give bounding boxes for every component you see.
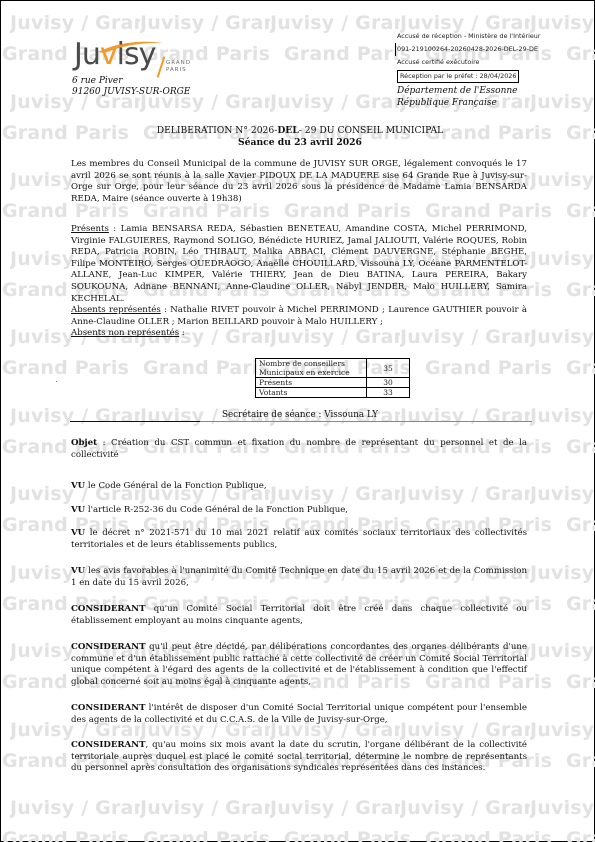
- stamp-executory: Accusé certifié exécutoire: [397, 56, 540, 69]
- stamp-act-id: 091-219100264-20260428-2026-DEL-29-DE: [395, 43, 540, 56]
- prefecture-stamp: Accusé de réception - Ministère de l'Int…: [397, 30, 540, 83]
- clause-paragraph: VU le décret n° 2021-571 du 10 mai 2021 …: [71, 528, 527, 551]
- intro-paragraph: Les membres du Conseil Municipal de la c…: [71, 159, 527, 205]
- non-represented-absents: Absents non représentés :: [71, 328, 527, 340]
- logo-tag-paris: PARIS: [166, 67, 191, 74]
- clause-text: le décret n° 2021-571 du 10 mai 2021 rel…: [71, 528, 527, 550]
- attendance-block: Présents : Lamia BENSARSA REDA, Sébastie…: [71, 224, 527, 340]
- title-line1: DELIBERATION N° 2026-DEL- 29 DU CONSEIL …: [60, 125, 540, 137]
- clause-lead: VU: [71, 505, 85, 515]
- clause-lead: CONSIDERANT: [71, 642, 145, 652]
- clause-text: l'article R-252-36 du Code Général de la…: [85, 505, 348, 515]
- count-label: Nombre de conseillers Municipaux en exer…: [256, 359, 367, 378]
- title-prefix: DELIBERATION N° 2026-: [157, 125, 278, 136]
- deliberation-title: DELIBERATION N° 2026-DEL- 29 DU CONSEIL …: [60, 125, 540, 149]
- clause-lead: VU: [71, 528, 85, 538]
- republic-name: République Française: [397, 97, 518, 109]
- logo-tag-grand: GRAND: [166, 60, 191, 67]
- document-content: Juvisy GRAND PARIS 6 rue Piver 91260 JUV…: [0, 0, 595, 842]
- separator-line: [70, 421, 532, 422]
- clause-paragraph: CONSIDERANT, qu'au moins six mois avant …: [71, 740, 527, 775]
- table-row: Votants33: [256, 388, 410, 398]
- represented-label: Absents représentés: [71, 305, 161, 315]
- not-represented-label: Absents non représentés: [71, 328, 179, 338]
- stamp-reception: Accusé de réception - Ministère de l'Int…: [397, 30, 540, 43]
- scan-speck: [56, 381, 57, 382]
- objet-paragraph: Objet : Création du CST commun et fixati…: [71, 438, 527, 461]
- not-represented-list: :: [179, 328, 185, 338]
- clause-text: le Code Général de la Fonction Publique,: [85, 481, 266, 491]
- clause-paragraph: CONSIDERANT qu'un Comité Social Territor…: [71, 604, 527, 627]
- count-value: 35: [367, 359, 410, 378]
- clause-paragraph: CONSIDERANT l'intérêt de disposer d'un C…: [71, 703, 527, 726]
- clause-lead: CONSIDERANT: [71, 740, 145, 750]
- address-city: 91260 JUVISY-SUR-ORGE: [72, 87, 190, 98]
- objet-label: Objet: [71, 438, 97, 448]
- clause-paragraph: CONSIDERANT qu'il peut être décidé, par …: [71, 642, 527, 688]
- title-del: DEL: [277, 125, 298, 136]
- clause-paragraph: VU les avis favorables à l'unanimité du …: [71, 566, 527, 589]
- clause-lead: VU: [71, 481, 85, 491]
- department-name: Département de l'Essonne: [397, 85, 518, 97]
- count-value: 30: [367, 378, 410, 388]
- session-date: Séance du 23 avril 2026: [60, 137, 540, 149]
- address-street: 6 rue Piver: [72, 76, 190, 87]
- clause-lead: CONSIDERANT: [71, 604, 145, 614]
- count-value: 33: [367, 388, 410, 398]
- logo-wordmark: Juvisy: [74, 38, 155, 72]
- juvisy-logo: Juvisy GRAND PARIS: [74, 38, 204, 78]
- count-label: Votants: [256, 388, 367, 398]
- table-row: Présents30: [256, 378, 410, 388]
- represented-absents: Absents représentés : Nathalie RIVET pou…: [71, 305, 527, 328]
- present-members: Présents : Lamia BENSARSA REDA, Sébastie…: [71, 224, 527, 305]
- clause-lead: VU: [71, 566, 85, 576]
- council-counts-table: Nombre de conseillers Municipaux en exer…: [255, 358, 410, 398]
- stamp-prefect-date: Réception par le préfet : 28/04/2026: [397, 70, 519, 83]
- clause-paragraph: VU le Code Général de la Fonction Publiq…: [71, 481, 527, 493]
- present-list: : Lamia BENSARSA REDA, Sébastien BENETEA…: [71, 224, 527, 304]
- present-label: Présents: [71, 224, 109, 234]
- count-label: Présents: [256, 378, 367, 388]
- clause-paragraph: VU l'article R-252-36 du Code Général de…: [71, 505, 527, 517]
- department-block: Département de l'Essonne République Fran…: [397, 85, 518, 109]
- clause-text: les avis favorables à l'unanimité du Com…: [71, 566, 527, 588]
- clause-lead: CONSIDERANT: [71, 703, 145, 713]
- session-secretary: Secrétaire de séance : Vissouna LY: [60, 410, 540, 420]
- objet-text: : Création du CST commun et fixation du …: [71, 438, 527, 460]
- town-hall-address: 6 rue Piver 91260 JUVISY-SUR-ORGE: [72, 76, 190, 98]
- logo-tagline: GRAND PARIS: [166, 60, 191, 74]
- title-suffix: - 29 DU CONSEIL MUNICIPAL: [299, 125, 443, 136]
- table-row: Nombre de conseillers Municipaux en exer…: [256, 359, 410, 378]
- logo-slash-icon: [157, 56, 166, 78]
